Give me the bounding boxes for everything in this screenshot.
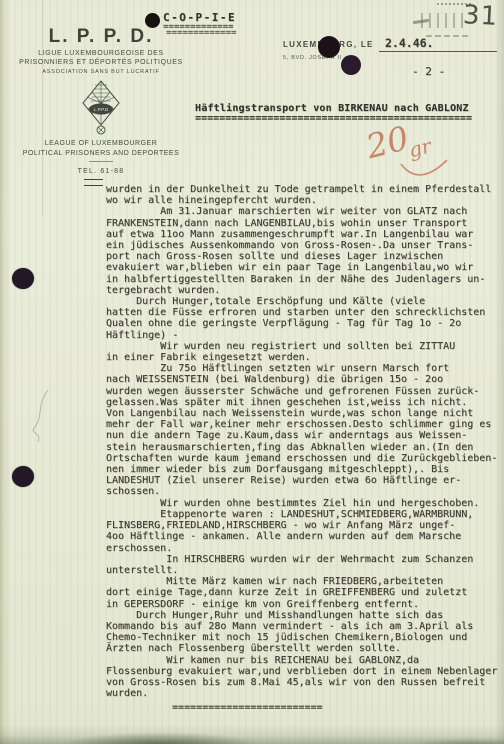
ink-dot <box>341 55 361 75</box>
letter-body: wurden in der Dunkelheit zu Tode getramp… <box>106 184 497 699</box>
body-line: schossen. <box>106 486 497 497</box>
faint-stamp-dots-bottom <box>426 35 468 37</box>
tel-underline-mark <box>84 179 103 186</box>
body-line: auf etwa 11oo Mann zusammengeschrumpft w… <box>106 229 497 240</box>
body-line: wurden wegen äusserster Schwäche und gef… <box>106 386 497 397</box>
body-line: Flossenburg evakuiert war,und verblieben… <box>106 666 497 677</box>
scanned-letter-page: L. P. P. D. LIGUE LUXEMBOURGEOISE DES PR… <box>0 0 504 744</box>
body-line: Von Langenbilau nach Weissenstein wurde,… <box>106 408 497 419</box>
pencil-squiggle <box>28 388 52 444</box>
body-line: wurden. <box>106 688 497 699</box>
body-line: stein herausmarschierten,fing das Abknal… <box>106 442 497 453</box>
date-underline <box>379 51 497 52</box>
punch-hole <box>10 266 35 291</box>
letter-date: 2.4.46. <box>385 36 433 50</box>
body-line: Wir kamen nur bis REICHENAU bei GABLONZ,… <box>106 655 497 666</box>
body-line: tergebracht wurden. <box>106 285 497 296</box>
body-line: Wir wurden neu registriert und sollten b… <box>106 341 497 352</box>
body-line: ein jüdisches Aussenkommando von Gross-R… <box>106 240 497 251</box>
body-line: port nach Gross-Rosen sollte und dieses … <box>106 251 497 262</box>
ink-dot <box>145 13 160 28</box>
body-line: in einer Fabrik eingesetzt werden. <box>106 352 497 363</box>
body-line: unterstellt. <box>106 565 497 576</box>
telephone-number: TEL. 61-88 <box>0 168 202 175</box>
ink-dot <box>318 36 340 58</box>
letterhead-divider <box>89 161 113 162</box>
org-subtitle-fr: ASSOCIATION SANS BUT LUCRATIF <box>0 69 202 75</box>
body-line: LANDESHUT (Ziel unserer Reise) wurden et… <box>106 475 497 486</box>
body-line: Durch Hunger,totale Erschöpfung und Kält… <box>106 296 497 307</box>
body-line: FLINSBERG,FRIEDLAND,HIRSCHBERG - wo wir … <box>106 520 497 531</box>
handwritten-registry-number: 31 <box>462 0 499 32</box>
body-line: nach WEISSENSTEIN (bei Waldenburg) die ü… <box>106 374 497 385</box>
page-number: - 2 - <box>412 65 445 78</box>
document-title-underline: ========================================… <box>195 113 472 124</box>
body-line: von Gross-Rosen bis zum 8.Mai 45,als wir… <box>106 677 497 688</box>
red-note-flourish <box>399 158 451 184</box>
body-line: evakuiert war,blieben wir ein paar Tage … <box>106 262 497 273</box>
body-line: in GEPERSDORF - einige km von Greiffenbe… <box>106 599 497 610</box>
body-line: Häftlinge) - <box>106 330 497 341</box>
org-name-fr-line2: PRISONNIERS ET DÉPORTÉS POLITIQUES <box>0 59 202 66</box>
end-separator: ========================= <box>172 702 323 713</box>
body-line: Ärzten nach Flossenberg überstellt werde… <box>106 643 497 654</box>
paper-crease <box>42 0 43 215</box>
body-line: Wir wurden ohne bestimmtes Ziel hin und … <box>106 498 497 509</box>
body-line: Chemo-Techniker mit noch 15 jüdischen Ch… <box>106 632 497 643</box>
body-line: gelassen.Was später mit ihnen geschehen … <box>106 397 497 408</box>
body-line: 4oo Häftlinge - ankamen. Alle andern wur… <box>106 531 497 542</box>
body-line: nen immer wieder bis zum Dorfausgang mit… <box>106 464 497 475</box>
body-line: nun die andern Tage zu.Kaum,dass wir and… <box>106 430 497 441</box>
body-line: Kommando bis auf 28o Mann vermindert - a… <box>106 621 497 632</box>
body-line: Zu 75o Häftlingen setzten wir unsern Mar… <box>106 363 497 374</box>
body-line: FRANKENSTEIN,dann nach LANGENBILAU,bis w… <box>106 218 497 229</box>
body-line: wurden in der Dunkelheit zu Tode getramp… <box>106 184 497 195</box>
body-line: in halbfertiggestellten Baraken in der N… <box>106 274 497 285</box>
body-line: Etappenorte waren : LANDESHUT,SCHMIEDBER… <box>106 509 497 520</box>
emblem-label: L.P.P.D <box>94 107 109 112</box>
body-line: Ortschaften wurde kaum jemand erschossen… <box>106 453 497 464</box>
org-name-en-line1: LEAGUE OF LUXEMBOURGER <box>0 140 202 147</box>
body-line: Qualen ohne die geringste Verpflägung - … <box>106 318 497 329</box>
body-line: wo wir alle hineingepfercht wurden. <box>106 195 497 206</box>
body-line: Am 31.Januar marschierten wir weiter von… <box>106 206 497 217</box>
body-line: In HIRSCHBERG wurden wir der Wehrmacht z… <box>106 554 497 565</box>
body-line: Durch Hunger,Ruhr und Misshandlungen hat… <box>106 610 497 621</box>
lppd-emblem-icon: L.P.P.D <box>78 80 124 137</box>
org-name-en-line2: POLITICAL PRISONERS AND DEPORTEES <box>0 150 202 157</box>
body-line: erschossen. <box>106 543 497 554</box>
punch-hole <box>11 465 36 489</box>
body-line: hatten die Füsse erfroren und starben un… <box>106 307 497 318</box>
body-line: mehr der Fall war,keiner mehr erschossen… <box>106 419 497 430</box>
copy-stamp-underline-2: ============= <box>166 31 236 36</box>
body-line: dort einige Tage,dann kurze Zeit in GREI… <box>106 587 497 598</box>
body-line: Mitte März kamen wir nach FRIEDBERG,arbe… <box>106 576 497 587</box>
org-name-fr-line1: LIGUE LUXEMBOURGEOISE DES <box>0 50 202 57</box>
